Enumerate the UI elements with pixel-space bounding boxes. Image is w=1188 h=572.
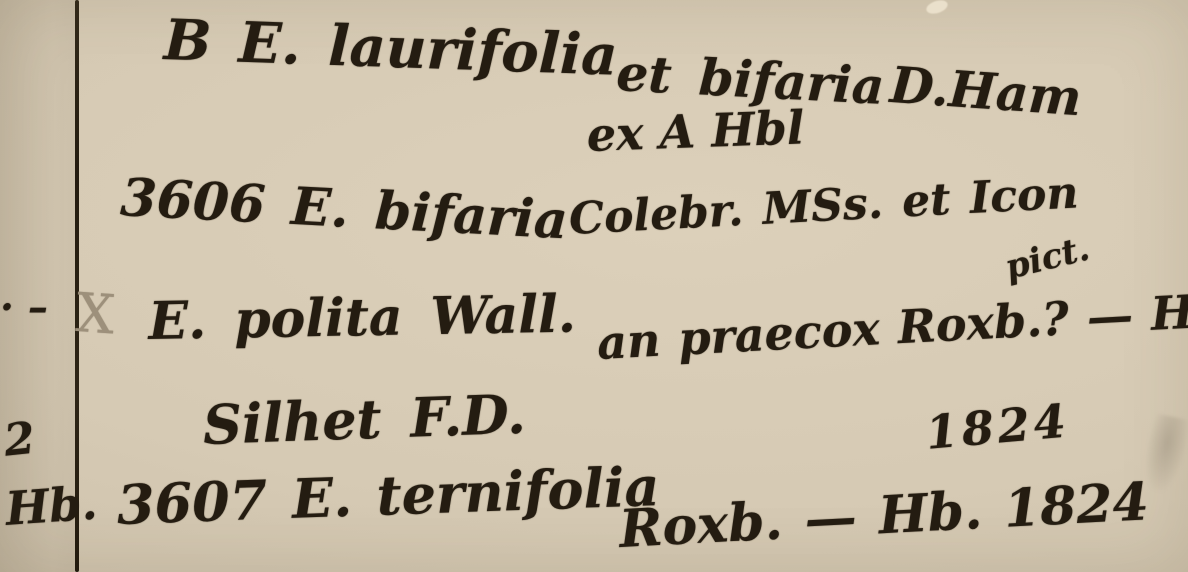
manuscript-scan-page: · – 2 Hb. X B E. laurifolia et bifaria D… [0,0,1188,572]
entry-3607-number-and-name: 3607 E. ternifolia [116,459,660,532]
entry-3606-source: Colebr. MSs. et Icon [568,171,1079,242]
margin-dot-dash-mark: · – [0,288,48,328]
entry-laurifolia-authority: D.Ham [889,60,1084,123]
entry-laurifolia-name: B E. laurifolia [163,12,619,84]
entry-3606-source-note: pict. [1002,231,1093,285]
entry-3606-number-and-name: 3606 E. bifaria [119,172,569,247]
entry-laurifolia-ex-note: ex A Hbl [586,104,805,158]
entry-polita-locality: Silhet F.D. [202,387,526,452]
paper-smudge [1139,413,1188,495]
entry-polita-year: 1824 [924,397,1071,455]
margin-number-2: 2 [2,417,37,464]
pencil-x-mark: X [74,286,116,343]
entry-polita-query: an praecox Roxb.? — Herb, [596,283,1188,366]
margin-hb-mark: Hb. [4,480,99,532]
paper-speck [925,0,950,16]
entry-3607-source: Roxb. — Hb. 1824 [618,476,1150,556]
entry-polita-name: E. polita Wall. [148,289,576,348]
